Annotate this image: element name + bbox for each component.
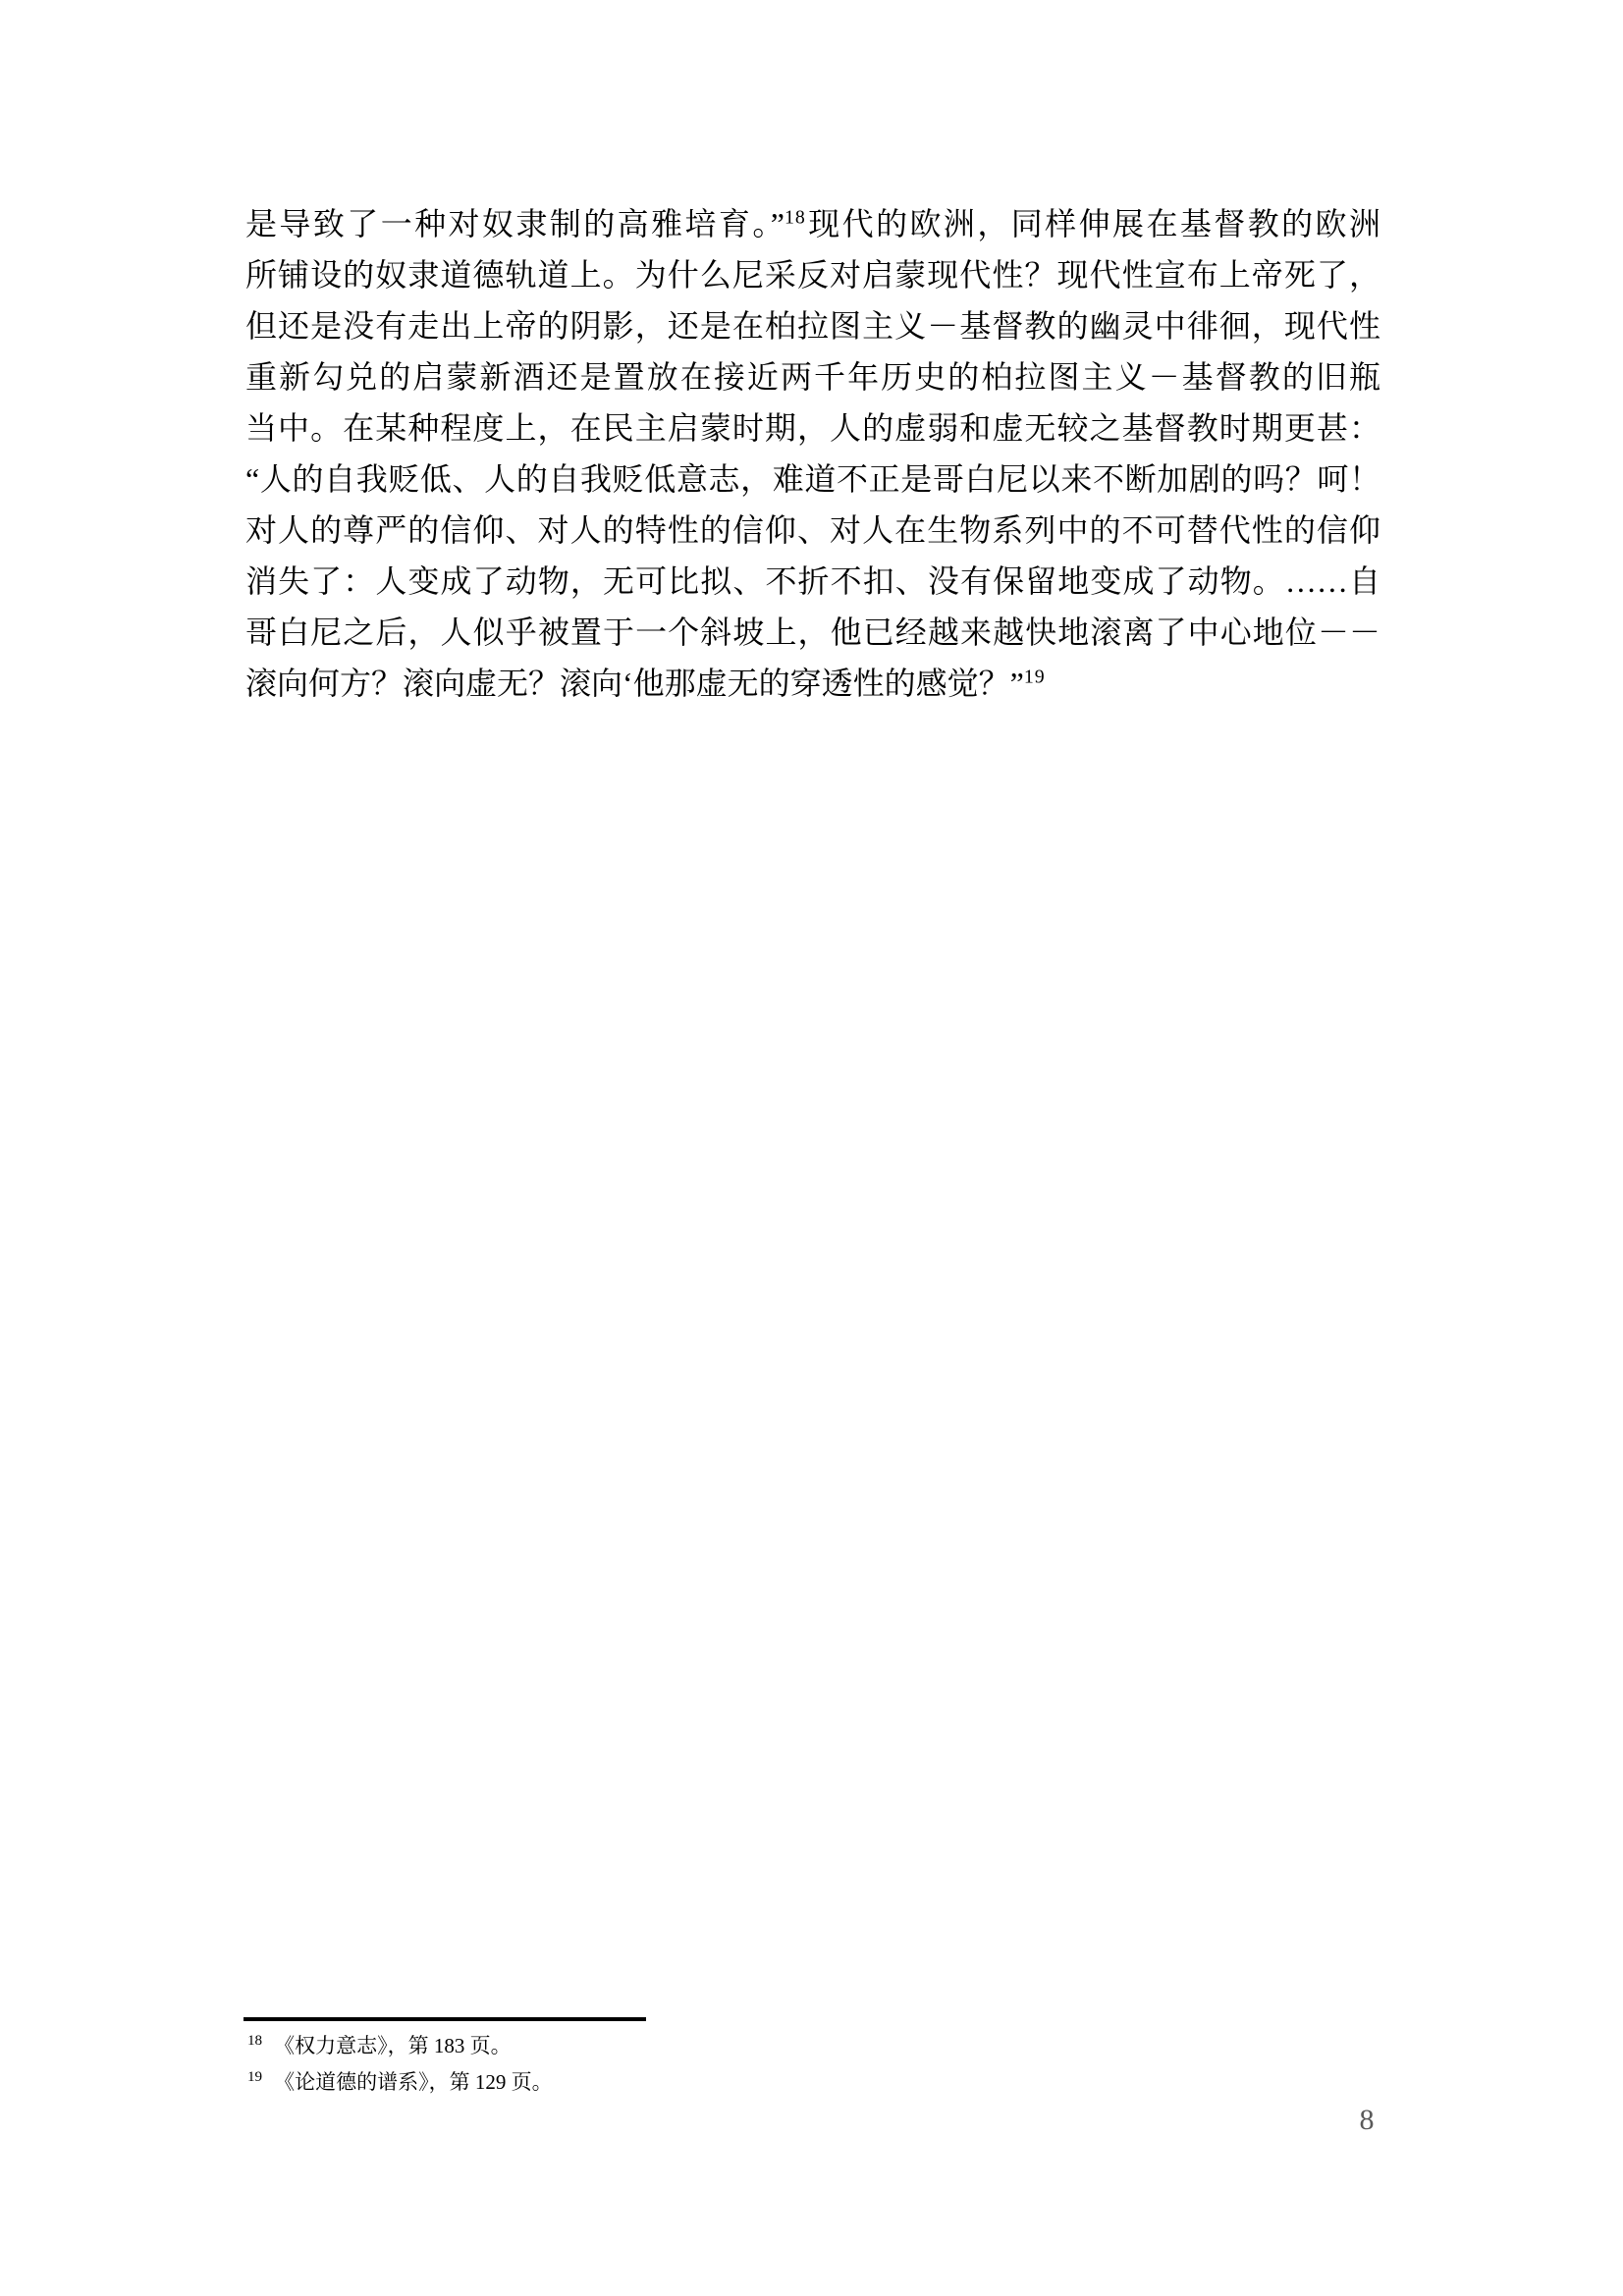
footnote-marker: 18	[247, 2033, 262, 2049]
text-segment: 当中。在某种程度上，在民主启蒙时期，人的虚弱和虚无较之基督教时期更甚：	[245, 410, 1380, 446]
text-line-9: 哥白尼之后，人似乎被置于一个斜坡上，他已经越来越快地滚离了中心地位－－	[245, 607, 1380, 658]
text-line-2: 所铺设的奴隶道德轨道上。为什么尼采反对启蒙现代性？现代性宣布上帝死了，	[245, 249, 1380, 300]
footnote-18: 18《权力意志》，第 183 页。	[247, 2028, 1131, 2064]
footnote-separator	[243, 2017, 646, 2021]
footnote-text: 《权力意志》，第 183 页。	[274, 2034, 512, 2057]
text-line-10: 滚向何方？滚向虚无？滚向‘他那虚无的穿透性的感觉？”19	[245, 658, 1380, 709]
text-segment: “人的自我贬低、人的自我贬低意志，难道不正是哥白尼以来不断加剧的吗？呵！	[245, 461, 1380, 497]
text-segment: 哥白尼之后，人似乎被置于一个斜坡上，他已经越来越快地滚离了中心地位－－	[245, 614, 1380, 650]
page-number: 8	[1347, 2101, 1386, 2140]
text-segment: 现代的欧洲，同样伸展在基督教的欧洲	[806, 206, 1380, 241]
text-line-5: 当中。在某种程度上，在民主启蒙时期，人的虚弱和虚无较之基督教时期更甚：	[245, 402, 1380, 454]
text-segment: 对人的尊严的信仰、对人的特性的信仰、对人在生物系列中的不可替代性的信仰	[245, 512, 1380, 548]
text-segment: 但还是没有走出上帝的阴影，还是在柏拉图主义－基督教的幽灵中徘徊，现代性	[245, 308, 1380, 344]
text-line-1: 是导致了一种对奴隶制的高雅培育。”18现代的欧洲，同样伸展在基督教的欧洲	[245, 198, 1380, 249]
text-line-8: 消失了：人变成了动物，无可比拟、不折不扣、没有保留地变成了动物。……自	[245, 556, 1380, 607]
footnote-19: 19《论道德的谱系》，第 129 页。	[247, 2064, 1131, 2101]
document-page: 是导致了一种对奴隶制的高雅培育。”18现代的欧洲，同样伸展在基督教的欧洲 所铺设…	[0, 0, 1623, 2296]
footnotes-section: 18《权力意志》，第 183 页。 19《论道德的谱系》，第 129 页。	[247, 2028, 1131, 2101]
footnote-text: 《论道德的谱系》，第 129 页。	[274, 2070, 553, 2094]
footnote-ref-19: 19	[1024, 666, 1046, 687]
text-line-4: 重新勾兑的启蒙新酒还是置放在接近两千年历史的柏拉图主义－基督教的旧瓶	[245, 351, 1380, 402]
paragraph-body: 是导致了一种对奴隶制的高雅培育。”18现代的欧洲，同样伸展在基督教的欧洲 所铺设…	[245, 198, 1380, 709]
text-line-3: 但还是没有走出上帝的阴影，还是在柏拉图主义－基督教的幽灵中徘徊，现代性	[245, 300, 1380, 351]
footnote-ref-18: 18	[784, 206, 806, 228]
text-line-7: 对人的尊严的信仰、对人的特性的信仰、对人在生物系列中的不可替代性的信仰	[245, 505, 1380, 556]
text-line-6: “人的自我贬低、人的自我贬低意志，难道不正是哥白尼以来不断加剧的吗？呵！	[245, 454, 1380, 505]
text-segment: 滚向何方？滚向虚无？滚向‘他那虚无的穿透性的感觉？”	[245, 666, 1024, 701]
text-segment: 消失了：人变成了动物，无可比拟、不折不扣、没有保留地变成了动物。……自	[245, 563, 1380, 599]
text-segment: 所铺设的奴隶道德轨道上。为什么尼采反对启蒙现代性？现代性宣布上帝死了，	[245, 257, 1380, 293]
footnote-marker: 19	[247, 2069, 262, 2085]
text-segment: 重新勾兑的启蒙新酒还是置放在接近两千年历史的柏拉图主义－基督教的旧瓶	[245, 359, 1380, 395]
text-segment: 是导致了一种对奴隶制的高雅培育。”	[245, 206, 784, 241]
